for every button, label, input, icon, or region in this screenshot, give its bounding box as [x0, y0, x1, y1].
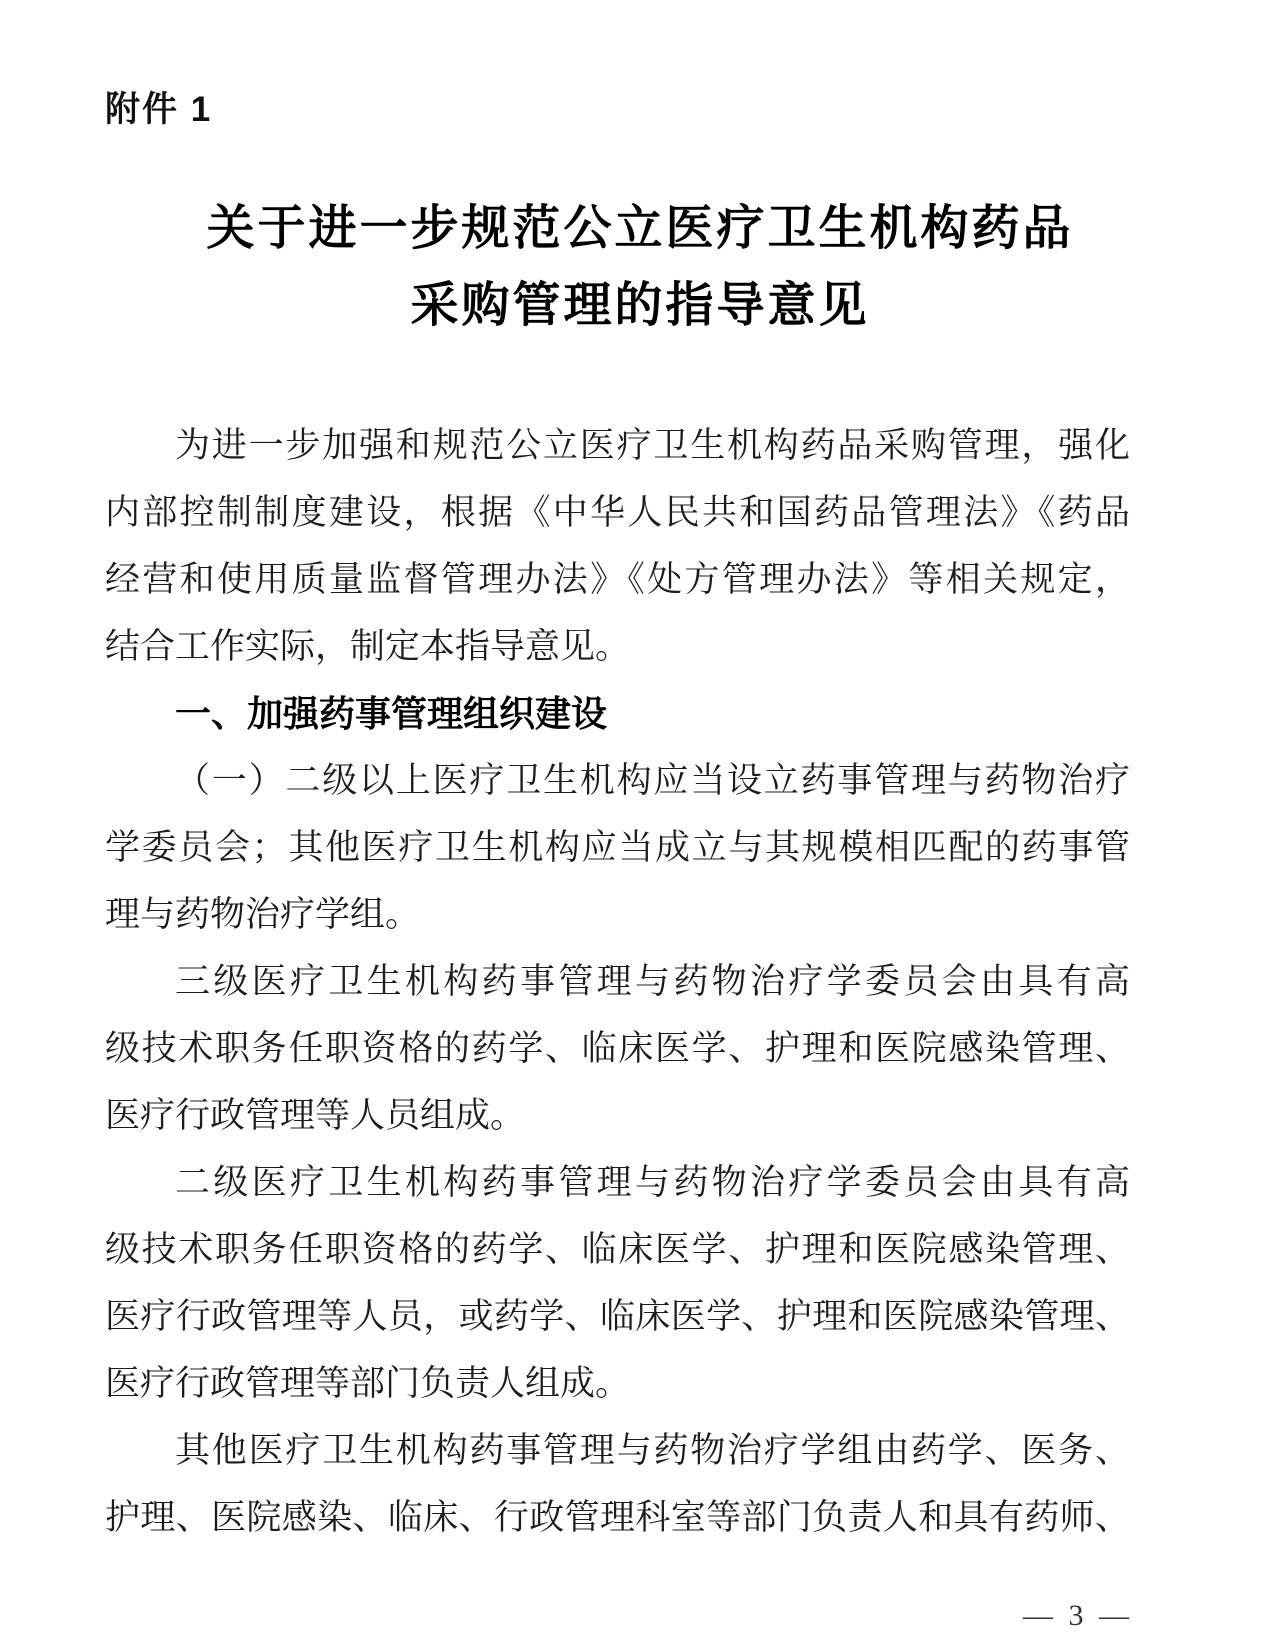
body-line: 二级医疗卫生机构药事管理与药物治疗学委员会由具有高	[105, 1149, 1130, 1216]
body-line: 医疗行政管理等人员组成。	[105, 1082, 1130, 1149]
body-line: 级技术职务任职资格的药学、临床医学、护理和医院感染管理、	[105, 1216, 1130, 1283]
section-heading: 一、加强药事管理组织建设	[105, 680, 1130, 747]
document-title-line-1: 关于进一步规范公立医疗卫生机构药品	[0, 190, 1280, 267]
body-line: 其他医疗卫生机构药事管理与药物治疗学组由药学、医务、	[105, 1417, 1130, 1484]
body-line: 级技术职务任职资格的药学、临床医学、护理和医院感染管理、	[105, 1015, 1130, 1082]
body-line: 护理、医院感染、临床、行政管理科室等部门负责人和具有药师、	[105, 1484, 1130, 1551]
body-line: 理与药物治疗学组。	[105, 881, 1130, 948]
body-line: 经营和使用质量监督管理办法》《处方管理办法》等相关规定，	[105, 546, 1130, 613]
document-title-line-2: 采购管理的指导意见	[0, 267, 1280, 344]
body-line: 学委员会；其他医疗卫生机构应当成立与其规模相匹配的药事管	[105, 814, 1130, 881]
body-line: （一）二级以上医疗卫生机构应当设立药事管理与药物治疗	[105, 747, 1130, 814]
page-number: — 3 —	[1023, 1596, 1133, 1633]
attachment-label: 附件 1	[105, 86, 212, 134]
document-title: 关于进一步规范公立医疗卫生机构药品 采购管理的指导意见	[0, 190, 1280, 344]
document-page: 附件 1 关于进一步规范公立医疗卫生机构药品 采购管理的指导意见 为进一步加强和…	[0, 0, 1280, 1633]
body-line: 医疗行政管理等部门负责人组成。	[105, 1350, 1130, 1417]
body-line: 结合工作实际，制定本指导意见。	[105, 613, 1130, 680]
body-line: 三级医疗卫生机构药事管理与药物治疗学委员会由具有高	[105, 948, 1130, 1015]
body-line: 医疗行政管理等人员，或药学、临床医学、护理和医院感染管理、	[105, 1283, 1130, 1350]
document-body: 为进一步加强和规范公立医疗卫生机构药品采购管理，强化 内部控制制度建设，根据《中…	[105, 412, 1130, 1551]
body-line: 为进一步加强和规范公立医疗卫生机构药品采购管理，强化	[105, 412, 1130, 479]
body-line: 内部控制制度建设，根据《中华人民共和国药品管理法》《药品	[105, 479, 1130, 546]
